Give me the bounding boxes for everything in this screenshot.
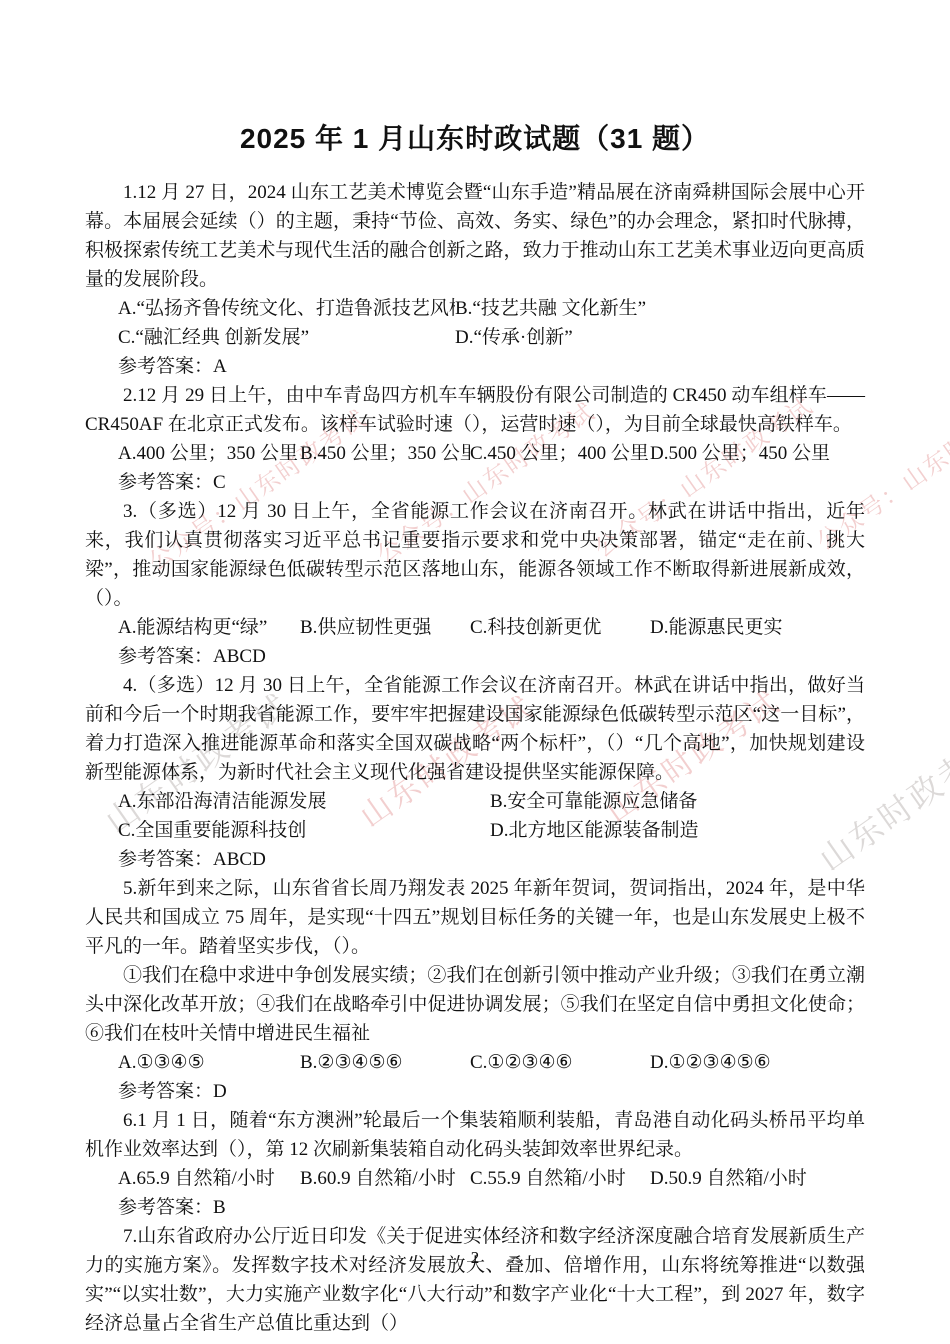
option-c: C.①②③④⑥ [470,1048,650,1077]
question-4-stem: 4.（多选）12 月 30 日上午，全省能源工作会议在济南召开。林武在讲话中指出… [85,671,865,787]
option-d: D.500 公里；450 公里 [650,439,865,468]
question-5-options-row: A.①③④⑤ B.②③④⑤⑥ C.①②③④⑥ D.①②③④⑤⑥ [85,1048,865,1077]
question-7-stem: 7.山东省政府办公厅近日印发《关于促进实体经济和数字经济深度融合培育发展新质生产… [85,1222,865,1338]
question-2: 2.12 月 29 日上午，由中车青岛四方机车车辆股份有限公司制造的 CR450… [85,381,865,497]
option-d: D.①②③④⑤⑥ [650,1048,865,1077]
answer-value: A [213,356,227,377]
question-5-stem: 5.新年到来之际，山东省省长周乃翔发表 2025 年新年贺词，贺词指出，2024… [85,874,865,961]
question-5: 5.新年到来之际，山东省省长周乃翔发表 2025 年新年贺词，贺词指出，2024… [85,874,865,1106]
answer-value: B [213,1197,226,1218]
document-title: 2025 年 1 月山东时政试题（31 题） [85,112,865,166]
option-b: B.②③④⑤⑥ [300,1048,470,1077]
option-d: D.北方地区能源装备制造 [490,816,865,845]
question-1-answer: 参考答案：A [85,352,865,381]
question-5-sub-items: ①我们在稳中求进中争创发展实绩；②我们在创新引领中推动产业升级；③我们在勇立潮头… [85,961,865,1048]
option-a: A.①③④⑤ [118,1048,300,1077]
question-4-answer: 参考答案：ABCD [85,845,865,874]
option-a: A.65.9 自然箱/小时 [118,1164,300,1193]
answer-value: ABCD [213,849,266,870]
question-2-stem: 2.12 月 29 日上午，由中车青岛四方机车车辆股份有限公司制造的 CR450… [85,381,865,439]
answer-prefix-label: 参考答案： [118,646,213,667]
option-d: D.50.9 自然箱/小时 [650,1164,865,1193]
question-4: 4.（多选）12 月 30 日上午，全省能源工作会议在济南召开。林武在讲话中指出… [85,671,865,874]
option-a: A.东部沿海清洁能源发展 [118,787,490,816]
question-5-answer: 参考答案：D [85,1077,865,1106]
option-c: C.全国重要能源科技创 [118,816,490,845]
question-3-stem: 3.（多选）12 月 30 日上午，全省能源工作会议在济南召开。林武在讲话中指出… [85,497,865,613]
question-3: 3.（多选）12 月 30 日上午，全省能源工作会议在济南召开。林武在讲话中指出… [85,497,865,671]
option-c: C.科技创新更优 [470,613,650,642]
option-c: C.“融汇经典 创新发展” [118,323,455,352]
option-a: A.400 公里；350 公里 [118,439,300,468]
answer-prefix-label: 参考答案： [118,356,213,377]
question-1-options-row-1: A.“弘扬齐鲁传统文化、打造鲁派技艺风格” B.“技艺共融 文化新生” [85,294,865,323]
option-c: C.55.9 自然箱/小时 [470,1164,650,1193]
option-c: C.450 公里；400 公里 [470,439,650,468]
question-2-options-row: A.400 公里；350 公里 B.450 公里；350 公里 C.450 公里… [85,439,865,468]
question-3-answer: 参考答案：ABCD [85,642,865,671]
answer-value: ABCD [213,646,266,667]
option-b: B.“技艺共融 文化新生” [455,294,865,323]
question-3-options-row: A.能源结构更“绿” B.供应韧性更强 C.科技创新更优 D.能源惠民更实 [85,613,865,642]
question-1-options-row-2: C.“融汇经典 创新发展” D.“传承·创新” [85,323,865,352]
option-b: B.450 公里；350 公里 [300,439,470,468]
answer-value: D [213,1081,227,1102]
question-6: 6.1 月 1 日，随着“东方澳洲”轮最后一个集装箱顺利装船，青岛港自动化码头桥… [85,1106,865,1222]
option-a: A.能源结构更“绿” [118,613,300,642]
question-6-answer: 参考答案：B [85,1193,865,1222]
option-b: B.安全可靠能源应急储备 [490,787,865,816]
answer-value: C [213,472,226,493]
question-1-stem: 1.12 月 27 日，2024 山东工艺美术博览会暨“山东手造”精品展在济南舜… [85,178,865,294]
page-content: 2025 年 1 月山东时政试题（31 题） 1.12 月 27 日，2024 … [85,112,865,1338]
option-d: D.能源惠民更实 [650,613,865,642]
option-d: D.“传承·创新” [455,323,865,352]
question-4-options-row-2: C.全国重要能源科技创 D.北方地区能源装备制造 [85,816,865,845]
answer-prefix-label: 参考答案： [118,849,213,870]
option-b: B.供应韧性更强 [300,613,470,642]
page-number: 2 [0,1243,950,1272]
option-a: A.“弘扬齐鲁传统文化、打造鲁派技艺风格” [118,294,455,323]
question-6-stem: 6.1 月 1 日，随着“东方澳洲”轮最后一个集装箱顺利装船，青岛港自动化码头桥… [85,1106,865,1164]
answer-prefix-label: 参考答案： [118,1197,213,1218]
answer-prefix-label: 参考答案： [118,1081,213,1102]
question-2-answer: 参考答案：C [85,468,865,497]
answer-prefix-label: 参考答案： [118,472,213,493]
question-7: 7.山东省政府办公厅近日印发《关于促进实体经济和数字经济深度融合培育发展新质生产… [85,1222,865,1338]
question-4-options-row-1: A.东部沿海清洁能源发展 B.安全可靠能源应急储备 [85,787,865,816]
option-b: B.60.9 自然箱/小时 [300,1164,470,1193]
question-6-options-row: A.65.9 自然箱/小时 B.60.9 自然箱/小时 C.55.9 自然箱/小… [85,1164,865,1193]
question-1: 1.12 月 27 日，2024 山东工艺美术博览会暨“山东手造”精品展在济南舜… [85,178,865,381]
document-page: 公众号：山东时政考试 公众号：山东时政考试 公众号：山东时政考试 公众号：山东时… [0,0,950,1344]
